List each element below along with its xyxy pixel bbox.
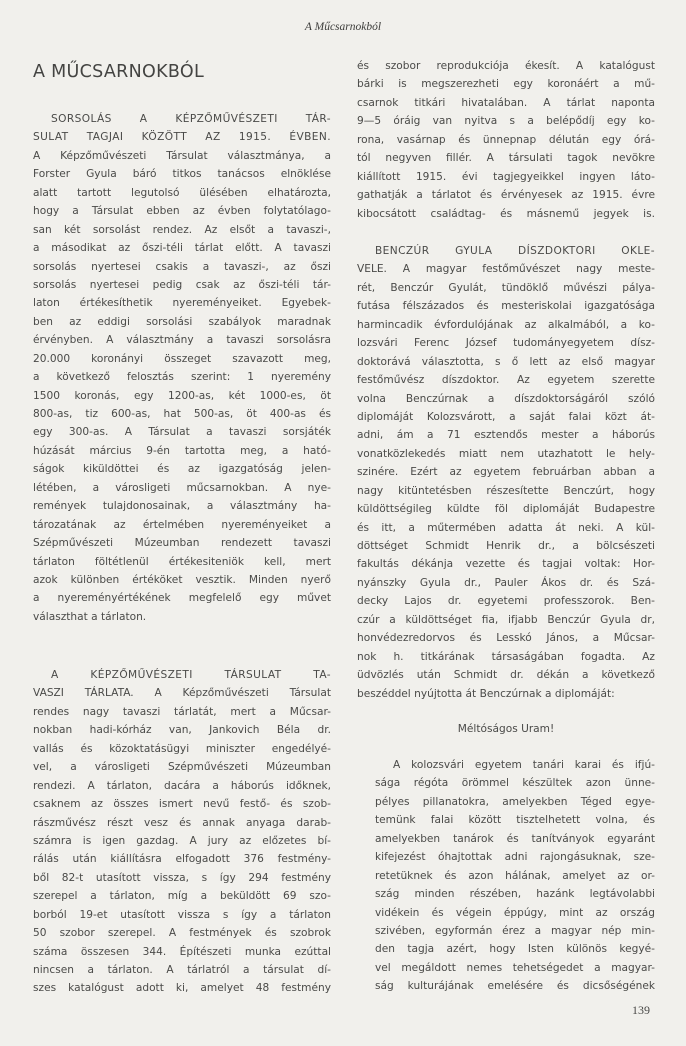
- text-line: rendezi. A tárlaton, dacára a háborús id…: [33, 777, 331, 795]
- text-line: nincsen a tárlaton. A tárlatról a társul…: [33, 961, 331, 979]
- text-line: és szobor reprodukciója ékesít. A kataló…: [357, 57, 655, 75]
- text-line: san két sorsolást rendez. Az elsőt a tav…: [33, 221, 331, 239]
- running-head: A Műcsarnokból: [0, 21, 686, 33]
- text-line: nyánszky Gyula dr., Pauler Ákos dr. és S…: [357, 574, 655, 592]
- text-line: decky Lajos dr. egyetemi professzorok. B…: [357, 592, 655, 610]
- text-line: üdvözlés után Schmidt dr. dékán a követk…: [357, 666, 655, 684]
- text-line: vidékein és végein éppúgy, mint az orszá…: [357, 904, 655, 922]
- text-line: diplomáját Kolozsvárott, a saját falai k…: [357, 408, 655, 426]
- text-line: amelyekben tanárok és tanítványok egyará…: [357, 830, 655, 848]
- text-line: rálás után kiállításra elfogadott 376 fe…: [33, 850, 331, 868]
- text-line: nagy kitüntetésben részesítette Benczúrt…: [357, 482, 655, 500]
- text-line: SULAT TAGJAI KÖZÖTT AZ 1915. ÉVBEN.: [33, 128, 331, 146]
- text-line: vel megáldott nemes tehetségedet a magya…: [357, 959, 655, 977]
- text-line: alatt tartott legutolsó ülésében elhatár…: [33, 184, 331, 202]
- text-line: sága régóta örömmel készültek azon ünne-: [357, 774, 655, 792]
- text-line: választhat a tárlaton.: [33, 608, 331, 626]
- text-line: borból 19-et utasított vissza s így a tá…: [33, 906, 331, 924]
- text-line: döttséget Schmidt Henrik dr., a bölcsész…: [357, 537, 655, 555]
- section-benczur: BENCZÚR GYULA DÍSZDOKTORI OKLE-VELE. A m…: [357, 242, 655, 703]
- text-line: rona, vasárnap és ünnepnap délután egy ó…: [357, 131, 655, 149]
- text-line: szinére. Ezért az egyetem februárban abb…: [357, 463, 655, 481]
- text-line: tól negyven fillér. A társulati tagok ne…: [357, 149, 655, 167]
- text-line: kibocsátott családtag- és másnemű jegyek…: [357, 205, 655, 223]
- text-line: kiállított 1915. évi tagjegyeikkel ingye…: [357, 168, 655, 186]
- text-line: tárlaton föltétlenül értékesiteniök kell…: [33, 553, 331, 571]
- text-line: honvédezredorvos és Lesskó János, a Műcs…: [357, 629, 655, 647]
- text-line: A KÉPZŐMŰVÉSZETI TÁRSULAT TA-: [33, 666, 331, 684]
- speech-salutation: Méltóságos Uram!: [357, 720, 655, 738]
- section-sorsolas: SORSOLÁS A KÉPZŐMŰVÉSZETI TÁR-SULAT TAGJ…: [33, 110, 331, 626]
- page-number: 139: [632, 1003, 650, 1018]
- text-line: temünk falai között tisztelhetett volna,…: [357, 811, 655, 829]
- text-line: vel, a városligeti Szépművészeti Múzeumb…: [33, 758, 331, 776]
- page-title: A MŰCSARNOKBÓL: [33, 62, 204, 82]
- text-line: lozsvári Ferenc József tudományegyetem d…: [357, 334, 655, 352]
- text-line: festőművész díszdoktor. Az egyetem szere…: [357, 371, 655, 389]
- text-line: Forster Gyula báró titkos tanácsos elnök…: [33, 165, 331, 183]
- text-line: egy 300-as. A Társulat a tavaszi sorsját…: [33, 423, 331, 441]
- text-line: pélyes pillanatokra, amelyekben Téged eg…: [357, 793, 655, 811]
- text-line: retetüknek és azon hálának, amelyet az o…: [357, 867, 655, 885]
- text-line: bárki is megszerezheti egy koronáért a m…: [357, 75, 655, 93]
- text-line: a nyereményértékének megfelelő egy művet: [33, 589, 331, 607]
- text-line: sorsolás nyertesei csakis a tavaszi-, az…: [33, 258, 331, 276]
- text-line: volna Benczúrnak a díszdoktorságáról szó…: [357, 390, 655, 408]
- text-line: 9—5 óráig van nyitva s a belépődíj egy k…: [357, 112, 655, 130]
- text-line: gathatják a tárlatot és érvényesek az 19…: [357, 186, 655, 204]
- text-line: és itt, a műtermében adatta át neki. A k…: [357, 519, 655, 537]
- text-line: a másodikat az őszi-téli tárlat előtt. A…: [33, 239, 331, 257]
- text-line: sorsolás nyertesei pedig csak az őszi-té…: [33, 276, 331, 294]
- text-line: 1500 koronás, egy 1200-as, két 1000-es, …: [33, 387, 331, 405]
- text-line: ságok kiküldöttei és az igazgatóság jele…: [33, 460, 331, 478]
- text-line: den tagja azért, hogy Isten különös kegy…: [357, 940, 655, 958]
- text-line: nok h. titkárának társaságában fogadta. …: [357, 648, 655, 666]
- text-line: VASZI TÁRLATA. A Képzőművészeti Társulat: [33, 684, 331, 702]
- text-line: szivében, egyformán érez a magyar nép mi…: [357, 922, 655, 940]
- text-line: doktorává választotta, s ő lett az első …: [357, 353, 655, 371]
- text-line: azok különben értéköket vesztik. Minden …: [33, 571, 331, 589]
- text-line: rászművész részt vesz és annak anyaga da…: [33, 814, 331, 832]
- text-line: vonatközlekedés miatt nem utazhatott le …: [357, 445, 655, 463]
- text-line: nokban hadi-kórház van, Jankovich Béla d…: [33, 721, 331, 739]
- text-line: ben az eddigi sorsolási szabályok maradn…: [33, 313, 331, 331]
- text-line: tározatának az értelmében nyereményeiket…: [33, 516, 331, 534]
- text-line: rét, Benczúr Gyulát, tündöklő művészi pá…: [357, 279, 655, 297]
- text-line: hogy a Társulat ebben az évben folytatól…: [33, 202, 331, 220]
- text-line: VELE. A magyar festőművészet nagy meste-: [357, 260, 655, 278]
- text-line: szág minden részében, hazánk legtávolabb…: [357, 885, 655, 903]
- text-line: 800-as, tiz 600-as, hat 500-as, öt 400-a…: [33, 405, 331, 423]
- text-line: húzását március 9-én tartotta meg, a hat…: [33, 442, 331, 460]
- section-tavaszi-tarlat: A KÉPZŐMŰVÉSZETI TÁRSULAT TA-VASZI TÁRLA…: [33, 666, 331, 998]
- text-line: rendes nagy tavaszi tárlatát, mert a Műc…: [33, 703, 331, 721]
- text-line: czúr a küldöttséget fia, ifjabb Benczúr …: [357, 611, 655, 629]
- text-line: érvényben. A választmány a tavaszi sorso…: [33, 331, 331, 349]
- text-line: ből 82-t utasított vissza, s így 294 fes…: [33, 869, 331, 887]
- text-line: A kolozsvári egyetem tanári karai és ifj…: [357, 756, 655, 774]
- text-line: fakultás dékánja vezette és tagjai volta…: [357, 555, 655, 573]
- text-line: futása félszázados és mesteriskolai igaz…: [357, 297, 655, 315]
- text-line: küldöttségileg küldte föl diplomáját Bud…: [357, 500, 655, 518]
- text-line: 20.000 koronányi összeget szavazott meg,: [33, 350, 331, 368]
- text-line: szes katalógust adott ki, amelyet 48 fes…: [33, 979, 331, 997]
- section-speech: A kolozsvári egyetem tanári karai és ifj…: [357, 756, 655, 996]
- text-line: Szépművészeti Múzeumban rendezett tavasz…: [33, 534, 331, 552]
- text-line: létében, a városligeti műcsarnokban. A n…: [33, 479, 331, 497]
- text-line: remények tulajdonosainak, a választmány …: [33, 497, 331, 515]
- section-continuation: és szobor reprodukciója ékesít. A kataló…: [357, 57, 655, 223]
- text-line: BENCZÚR GYULA DÍSZDOKTORI OKLE-: [357, 242, 655, 260]
- text-line: SORSOLÁS A KÉPZŐMŰVÉSZETI TÁR-: [33, 110, 331, 128]
- text-line: harmincadik évfordulójának az alkalmából…: [357, 316, 655, 334]
- text-line: 50 szobor szerepel. A festmények és szob…: [33, 924, 331, 942]
- text-line: csaknem az összes ismert nevű festő- és …: [33, 795, 331, 813]
- text-line: beszéddel nyújtotta át Benczúrnak a dipl…: [357, 685, 655, 703]
- salutation: Méltóságos Uram!: [458, 723, 555, 735]
- text-line: szerepel a tárlaton, míg a beküldött 69 …: [33, 887, 331, 905]
- text-line: a következő felosztás szerint: 1 nyeremé…: [33, 368, 331, 386]
- text-line: számra is igen gazdag. A jury az előzete…: [33, 832, 331, 850]
- text-line: vallás és közoktatásügyi miniszter enged…: [33, 740, 331, 758]
- text-line: kifejezést óhajtottak adni rajongásuknak…: [357, 848, 655, 866]
- text-line: laton értékesíthetik nyereményeiket. Egy…: [33, 294, 331, 312]
- text-line: csarnok titkári hivatalában. A tárlat na…: [357, 94, 655, 112]
- text-line: száma összesen 344. Építészeti munka ezú…: [33, 943, 331, 961]
- text-line: adni, ám a 71 esztendős mester a háborús: [357, 426, 655, 444]
- text-line: A Képzőművészeti Társulat választmánya, …: [33, 147, 331, 165]
- text-line: ság kulturájának emelésére és dicsőségén…: [357, 977, 655, 995]
